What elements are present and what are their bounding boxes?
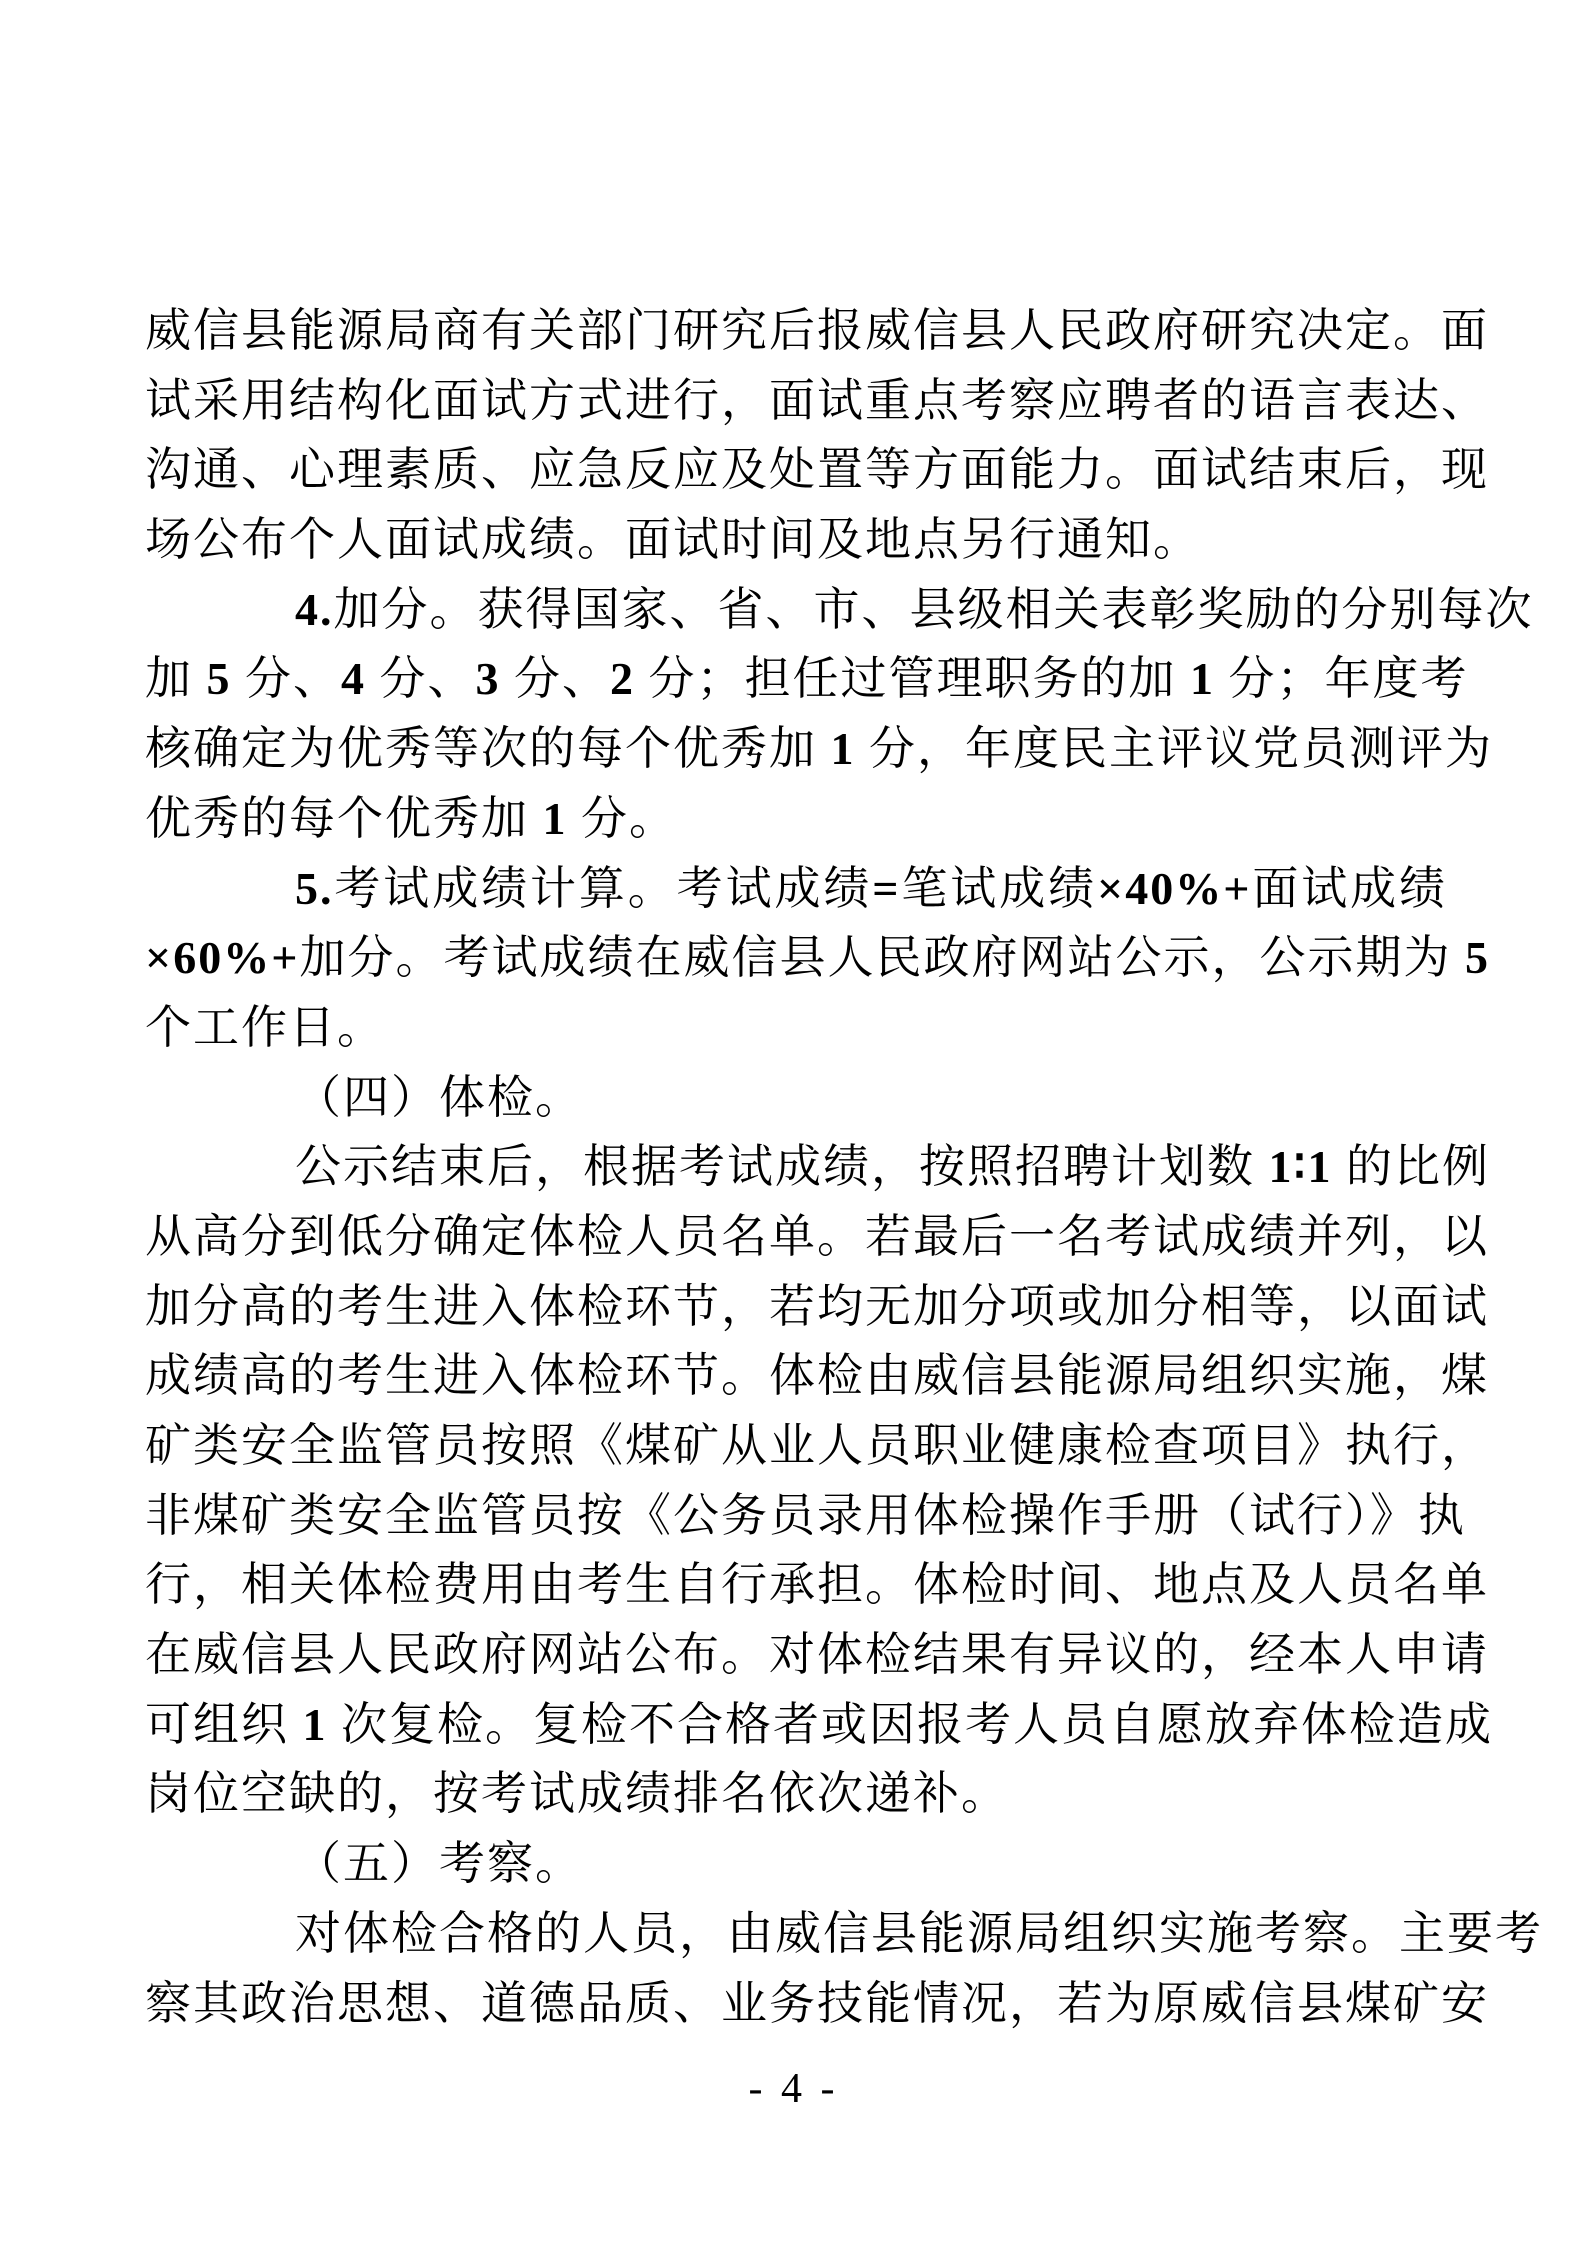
text-line: 加 5 分、4 分、3 分、2 分；担任过管理职务的加 1 分；年度考 bbox=[145, 644, 1447, 714]
text-segment: 分，年度民主评议党员测评为 bbox=[856, 723, 1494, 774]
text-segment: 5 bbox=[1465, 932, 1490, 983]
text-segment: 公示结束后，根据考试成绩，按照招聘计划数 bbox=[295, 1141, 1269, 1192]
text-segment: 5 bbox=[207, 653, 232, 704]
text-line: 非煤矿类安全监管员按《公务员录用体检操作手册（试行）》执 bbox=[145, 1481, 1447, 1551]
text-line: 察其政治思想、道德品质、业务技能情况，若为原威信县煤矿安 bbox=[145, 1969, 1447, 2039]
text-line: 矿类安全监管员按照《煤矿从业人员职业健康检查项目》执行， bbox=[145, 1411, 1447, 1481]
text-segment: 1 bbox=[1190, 653, 1215, 704]
text-line: 4.加分。获得国家、省、市、县级相关表彰奖励的分别每次 bbox=[145, 575, 1447, 645]
text-line: （五）考察。 bbox=[145, 1829, 1447, 1899]
text-segment: 沟通、心理素质、应急反应及处置等方面能力。面试结束后，现 bbox=[145, 444, 1489, 495]
text-segment: 的比例 bbox=[1332, 1141, 1490, 1192]
text-line: 在威信县人民政府网站公布。对体检结果有异议的，经本人申请 bbox=[145, 1620, 1447, 1690]
text-line: 威信县能源局商有关部门研究后报威信县人民政府研究决定。面 bbox=[145, 296, 1447, 366]
text-segment: 成绩高的考生进入体检环节。体检由威信县能源局组织实施，煤 bbox=[145, 1350, 1489, 1401]
text-line: 对体检合格的人员，由威信县能源局组织实施考察。主要考 bbox=[145, 1899, 1447, 1969]
text-segment: 1 bbox=[831, 723, 856, 774]
text-line: 场公布个人面试成绩。面试时间及地点另行通知。 bbox=[145, 505, 1447, 575]
text-segment: 核确定为优秀等次的每个优秀加 bbox=[145, 723, 831, 774]
text-segment: 非煤矿类安全监管员按《公务员录用体检操作手册（试行）》执 bbox=[145, 1490, 1466, 1541]
text-line: 公示结束后，根据考试成绩，按照招聘计划数 1∶1 的比例 bbox=[145, 1132, 1447, 1202]
text-line: 5.考试成绩计算。考试成绩=笔试成绩×40%+面试成绩 bbox=[145, 854, 1447, 924]
document-body: 威信县能源局商有关部门研究后报威信县人民政府研究决定。面试采用结构化面试方式进行… bbox=[145, 296, 1447, 2038]
text-segment: 对体检合格的人员，由威信县能源局组织实施考察。主要考 bbox=[295, 1908, 1543, 1959]
text-segment: 分；年度考 bbox=[1215, 653, 1469, 704]
text-segment: 加分高的考生进入体检环节，若均无加分项或加分相等，以面试 bbox=[145, 1281, 1489, 1332]
text-segment: 2 bbox=[610, 653, 635, 704]
text-segment: 加分。获得国家、省、市、县级相关表彰奖励的分别每次 bbox=[334, 584, 1534, 635]
text-segment: 加分。考试成绩在威信县人民政府网站公示，公示期为 bbox=[299, 932, 1465, 983]
text-segment: 分、 bbox=[232, 653, 342, 704]
text-line: 可组织 1 次复检。复检不合格者或因报考人员自愿放弃体检造成 bbox=[145, 1690, 1447, 1760]
text-line: 加分高的考生进入体检环节，若均无加分项或加分相等，以面试 bbox=[145, 1272, 1447, 1342]
text-segment: 1∶1 bbox=[1269, 1141, 1333, 1192]
text-segment: ×40%+ bbox=[1097, 863, 1251, 914]
text-line: ×60%+加分。考试成绩在威信县人民政府网站公示，公示期为 5 bbox=[145, 923, 1447, 993]
text-segment: 分；担任过管理职务的加 bbox=[635, 653, 1190, 704]
text-segment: 察其政治思想、道德品质、业务技能情况，若为原威信县煤矿安 bbox=[145, 1978, 1489, 2029]
text-segment: 威信县能源局商有关部门研究后报威信县人民政府研究决定。面 bbox=[145, 305, 1489, 356]
text-segment: ×60%+ bbox=[145, 932, 299, 983]
text-line: 成绩高的考生进入体检环节。体检由威信县能源局组织实施，煤 bbox=[145, 1341, 1447, 1411]
text-line: 个工作日。 bbox=[145, 993, 1447, 1063]
text-segment: （五）考察。 bbox=[295, 1838, 583, 1889]
text-line: 试采用结构化面试方式进行，面试重点考察应聘者的语言表达、 bbox=[145, 366, 1447, 436]
text-line: 核确定为优秀等次的每个优秀加 1 分，年度民主评议党员测评为 bbox=[145, 714, 1447, 784]
text-line: 优秀的每个优秀加 1 分。 bbox=[145, 784, 1447, 854]
text-segment: 1 bbox=[303, 1699, 328, 1750]
text-segment: 分、 bbox=[501, 653, 611, 704]
text-segment: 在威信县人民政府网站公布。对体检结果有异议的，经本人申请 bbox=[145, 1629, 1489, 1680]
text-segment: 笔试成绩 bbox=[901, 863, 1098, 914]
text-segment: 试采用结构化面试方式进行，面试重点考察应聘者的语言表达、 bbox=[145, 375, 1489, 426]
text-segment: 可组织 bbox=[145, 1699, 303, 1750]
text-segment: 矿类安全监管员按照《煤矿从业人员职业健康检查项目》执行， bbox=[145, 1420, 1489, 1471]
text-segment: 3 bbox=[476, 653, 501, 704]
text-segment: = bbox=[872, 863, 900, 914]
text-segment: 1 bbox=[543, 793, 568, 844]
text-segment: 行，相关体检费用由考生自行承担。体检时间、地点及人员名单 bbox=[145, 1559, 1489, 1610]
text-segment: 5. bbox=[295, 863, 334, 914]
text-segment: 考试成绩计算。考试成绩 bbox=[334, 863, 873, 914]
text-segment: 从高分到低分确定体检人员名单。若最后一名考试成绩并列，以 bbox=[145, 1211, 1489, 1262]
text-segment: 分。 bbox=[568, 793, 678, 844]
text-line: 沟通、心理素质、应急反应及处置等方面能力。面试结束后，现 bbox=[145, 435, 1447, 505]
text-segment: 次复检。复检不合格者或因报考人员自愿放弃体检造成 bbox=[328, 1699, 1494, 1750]
text-segment: 场公布个人面试成绩。面试时间及地点另行通知。 bbox=[145, 514, 1201, 565]
text-segment: 4 bbox=[341, 653, 366, 704]
text-segment: 个工作日。 bbox=[145, 1002, 385, 1053]
text-segment: 面试成绩 bbox=[1251, 863, 1447, 914]
document-page: 威信县能源局商有关部门研究后报威信县人民政府研究决定。面试采用结构化面试方式进行… bbox=[0, 0, 1587, 2245]
text-segment: 加 bbox=[145, 653, 207, 704]
text-segment: 岗位空缺的，按考试成绩排名依次递补。 bbox=[145, 1768, 1009, 1819]
text-segment: （四）体检。 bbox=[295, 1072, 583, 1123]
text-segment: 4. bbox=[295, 584, 334, 635]
text-line: 行，相关体检费用由考生自行承担。体检时间、地点及人员名单 bbox=[145, 1550, 1447, 1620]
text-line: 岗位空缺的，按考试成绩排名依次递补。 bbox=[145, 1759, 1447, 1829]
text-segment: 分、 bbox=[366, 653, 476, 704]
text-line: （四）体检。 bbox=[145, 1063, 1447, 1133]
page-number: - 4 - bbox=[0, 2066, 1587, 2112]
text-line: 从高分到低分确定体检人员名单。若最后一名考试成绩并列，以 bbox=[145, 1202, 1447, 1272]
text-segment: 优秀的每个优秀加 bbox=[145, 793, 543, 844]
